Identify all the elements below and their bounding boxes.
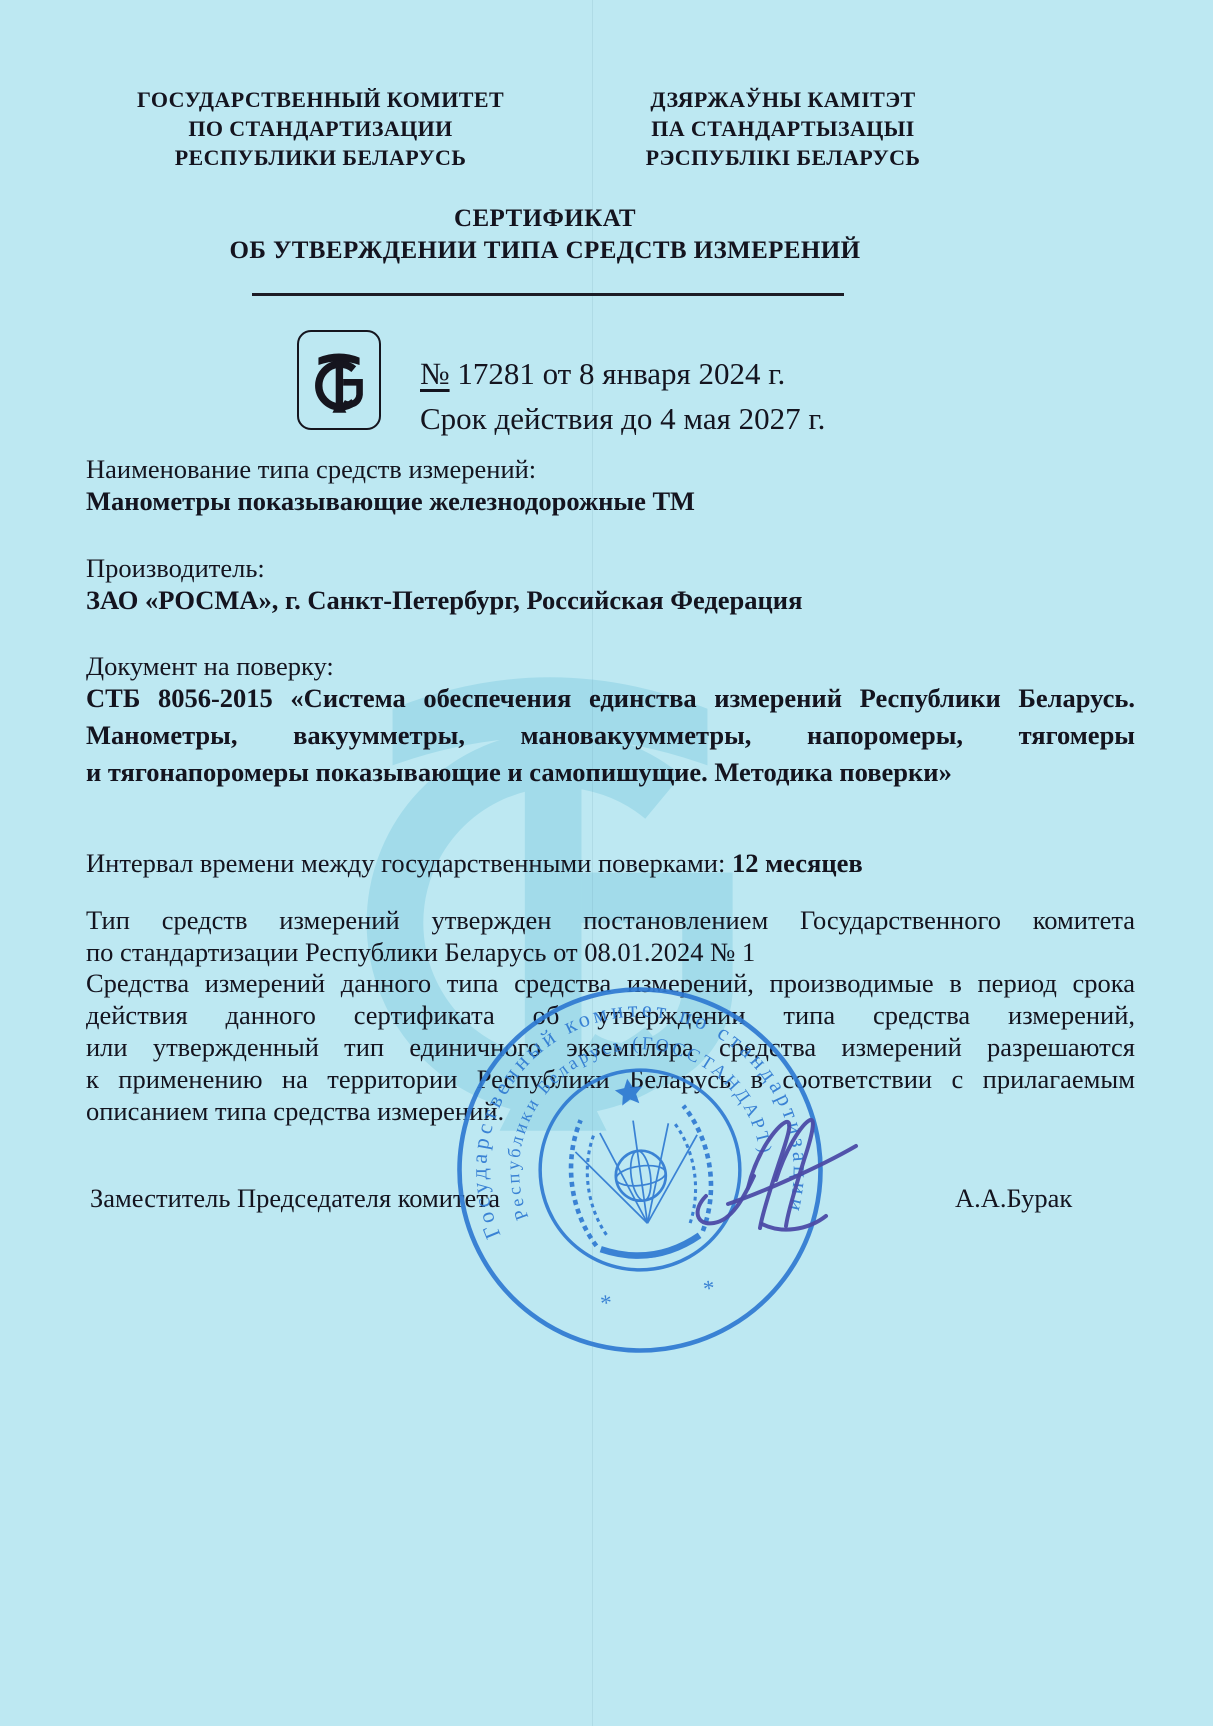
certificate-title-line2: ОБ УТВЕРЖДЕНИИ ТИПА СРЕДСТВ ИЗМЕРЕНИЙ	[150, 235, 940, 267]
type-name-label: Наименование типа средств измерений:	[86, 452, 1135, 486]
interval-line: Интервал времени между государственными …	[86, 846, 1135, 880]
certificate-page: ГОСУДАРСТВЕННЫЙ КОМИТЕТ ПО СТАНДАРТИЗАЦИ…	[0, 0, 1213, 1726]
number-text: 17281 от 8 января 2024 г.	[450, 356, 786, 391]
issuer-ru: ГОСУДАРСТВЕННЫЙ КОМИТЕТ ПО СТАНДАРТИЗАЦИ…	[118, 85, 523, 172]
stb-logo-icon	[302, 334, 376, 424]
verification-doc-line: Манометры, вакуумметры, мановакуумметры,…	[86, 718, 1135, 752]
certificate-title-line1: СЕРТИФИКАТ	[150, 203, 940, 235]
signer-position: Заместитель Председателя комитета	[90, 1183, 500, 1214]
issuer-by-line: ПА СТАНДАРТЫЗАЦЫІ	[588, 114, 978, 143]
stamp-separator-star: *	[599, 1289, 614, 1316]
issuer-by: ДЗЯРЖАЎНЫ КАМІТЭТ ПА СТАНДАРТЫЗАЦЫІ РЭСП…	[588, 85, 978, 172]
issuer-ru-line: ГОСУДАРСТВЕННЫЙ КОМИТЕТ	[118, 85, 523, 114]
certificate-title: СЕРТИФИКАТ ОБ УТВЕРЖДЕНИИ ТИПА СРЕДСТВ И…	[150, 203, 940, 267]
issuer-by-line: РЭСПУБЛІКІ БЕЛАРУСЬ	[588, 143, 978, 172]
approval-line: по стандартизации Республики Беларусь от…	[86, 935, 1135, 969]
signer-name: А.А.Бурак	[955, 1183, 1072, 1214]
interval-label: Интервал времени между государственными …	[86, 848, 732, 878]
certificate-validity: Срок действия до 4 мая 2027 г.	[420, 401, 825, 437]
verification-doc-line: и тягонапоромеры показывающие и самопишу…	[86, 755, 1135, 789]
signature-scribble	[688, 1076, 902, 1244]
title-underline	[252, 293, 844, 296]
certificate-number: № 17281 от 8 января 2024 г.	[420, 356, 785, 392]
interval-value: 12 месяцев	[732, 848, 863, 878]
verification-doc-line: СТБ 8056-2015 «Система обеспечения единс…	[86, 681, 1135, 715]
approval-line: Тип средств измерений утвержден постанов…	[86, 903, 1135, 937]
issuer-by-line: ДЗЯРЖАЎНЫ КАМІТЭТ	[588, 85, 978, 114]
stb-logo	[297, 330, 381, 430]
stamp-separator-star: *	[701, 1274, 716, 1301]
verification-doc-label: Документ на поверку:	[86, 649, 1135, 683]
issuer-ru-line: РЕСПУБЛИКИ БЕЛАРУСЬ	[118, 143, 523, 172]
manufacturer-value: ЗАО «РОСМА», г. Санкт-Петербург, Российс…	[86, 583, 1135, 617]
type-name-value: Манометры показывающие железнодорожные Т…	[86, 484, 1135, 518]
issuer-ru-line: ПО СТАНДАРТИЗАЦИИ	[118, 114, 523, 143]
manufacturer-label: Производитель:	[86, 551, 1135, 585]
number-sign: №	[420, 356, 450, 391]
